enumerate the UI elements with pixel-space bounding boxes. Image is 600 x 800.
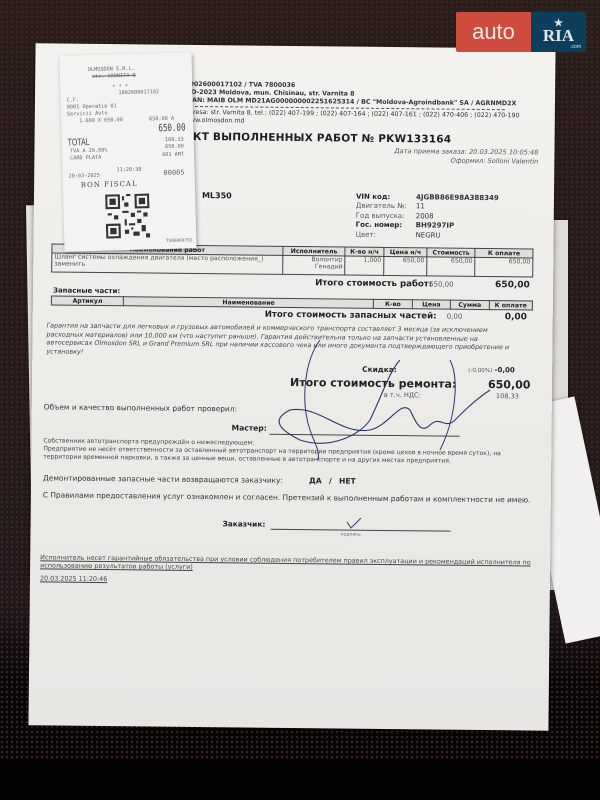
parts-return-separator: / — [329, 476, 332, 485]
logo-ria-part: ★ RIA .com — [531, 12, 586, 52]
parts-return-text: Демонтированные запасные части возвращаю… — [43, 473, 283, 485]
order-date-value: 20.03.2025 10:05:48 — [469, 148, 539, 157]
vehicle-field: Цвет:NEGRU — [356, 230, 499, 241]
parts-column-header: Цена — [412, 300, 451, 309]
order-date-label: Дата приема заказа: — [394, 147, 467, 156]
document-title: АКТ ВЫПОЛНЕННЫХ РАБОТ № PKW133164 — [185, 131, 452, 146]
autoria-watermark-logo: auto ★ RIA .com — [456, 12, 586, 52]
works-cell-name: Шланг системы охлаждения двигателя (мест… — [52, 253, 283, 274]
works-total-cost: 650,00 — [429, 280, 454, 288]
parts-section-label: Запасные части: — [53, 286, 120, 295]
works-cell-executor: Волонтир Генадий — [283, 255, 346, 275]
master-handwritten-signature — [260, 340, 500, 470]
works-cell-price: 650,00 — [384, 256, 427, 275]
vehicle-field-value: 4JGBB86E98A388349 — [416, 193, 499, 202]
issued-by-value: Solloni Valentin — [488, 157, 539, 166]
table-row: Шланг системы охлаждения двигателя (мест… — [52, 253, 533, 277]
receipt-total-value: 650.00 — [165, 144, 184, 150]
works-cell-hours: 1,000 — [345, 256, 384, 275]
receipt-cf-label: C.F. — [67, 97, 80, 103]
printed-timestamp: 20.03.2025 11:20:46 — [40, 574, 107, 583]
vehicle-field-value: 2008 — [416, 212, 434, 220]
parts-return-yes: ДА — [309, 476, 322, 485]
parts-column-header: Артикул — [51, 296, 123, 306]
receipt-item-qty: 1.000 X 650.00 — [79, 117, 123, 124]
customer-handwritten-signature — [345, 516, 365, 530]
order-date: Дата приема заказа: 20.03.2025 10:05:48 — [394, 147, 538, 157]
receipt-total-label: TOTAL — [68, 137, 90, 149]
receipt-item-amount: 650.00 A — [149, 116, 174, 123]
receipt-item-category: Servicii Auto — [67, 111, 108, 118]
parts-total-label: Итого стоимость запасных частей: — [265, 310, 437, 322]
company-website: www.olmosdon.md — [185, 117, 245, 126]
works-total-label: Итого стоимость работ: — [315, 278, 432, 289]
verified-statement: Объем и качество выполненных работ прове… — [44, 402, 237, 413]
works-cell-to-pay: 650,00 — [475, 257, 533, 277]
parts-column-header: К оплате — [489, 301, 532, 310]
parts-total-to-pay: 0,00 — [505, 312, 527, 322]
receipt-time: 11:20:38 — [116, 167, 141, 174]
receipt-number: 00005 — [163, 169, 184, 178]
parts-column-header: Наименование — [123, 297, 373, 309]
parts-column-header: К-во — [374, 299, 413, 308]
receipt-item-line: 0001 Operatie 01 — [67, 103, 117, 110]
receipt-qr-code — [105, 193, 150, 238]
vehicle-field-label: Цвет: — [356, 230, 416, 240]
vehicle-field-value: 11 — [416, 203, 425, 211]
receipt-date: 20-03-2025 — [69, 173, 100, 180]
parts-return-no: НЕТ — [339, 476, 356, 485]
logo-ria-text: RIA — [543, 26, 574, 46]
car-model: ML350 — [202, 191, 232, 200]
agreement-statement: С Правилами предоставления услуг ознаком… — [43, 490, 531, 504]
receipt-subtotal: 650.00 — [158, 122, 185, 134]
receipt-code: 1002600017102 — [118, 89, 159, 96]
warranty-obligation-text: Исполнитель несет гарантийные обязательс… — [40, 553, 532, 574]
works-column-header: К-во н/ч — [345, 247, 384, 256]
vehicle-field-value: NEGRU — [416, 231, 441, 239]
works-total-to-pay: 650,00 — [495, 280, 530, 290]
vehicle-details: VIN код:4JGBB86E98A388349Двигатель №:11Г… — [356, 193, 499, 242]
logo-ria-suffix: .com — [570, 44, 581, 50]
parts-column-header: Сумма — [451, 300, 490, 309]
fiscal-receipt: OLMOSDON S.R.L. str. VARNITA 8 * * * 100… — [59, 52, 196, 251]
parts-table: АртикулНаименованиеК-воЦенаСуммаК оплате — [51, 295, 533, 310]
parts-total-sum: 0,00 — [447, 313, 463, 321]
signature-caption: подпись — [340, 533, 360, 538]
logo-auto-part: auto — [456, 12, 531, 52]
works-column-header: Стоимость — [427, 248, 475, 258]
works-cell-cost: 650,00 — [427, 257, 475, 277]
receipt-vat-value: 108.33 — [165, 137, 184, 143]
receipt-bon-fiscal: BON FISCAL — [81, 180, 138, 189]
receipt-serial: TV06060701 — [166, 238, 193, 244]
works-column-header: Цена н/ч — [384, 247, 427, 256]
receipt-company: OLMOSDON S.R.L. — [88, 66, 135, 73]
receipt-address: str. VARNITA 8 — [92, 73, 136, 80]
vehicle-field-value: BH9297IP — [416, 222, 455, 230]
shadow-area — [0, 760, 600, 800]
receipt-vat-label: TVA A 20.00% — [70, 148, 108, 155]
receipt-amt: 001 AMT — [162, 152, 184, 159]
issued-by: Оформил: Solloni Valentin — [451, 157, 539, 166]
issued-by-label: Оформил: — [451, 157, 486, 165]
receipt-card-label: CARD PLATA — [70, 155, 101, 162]
customer-label: Заказчик: — [223, 519, 266, 528]
